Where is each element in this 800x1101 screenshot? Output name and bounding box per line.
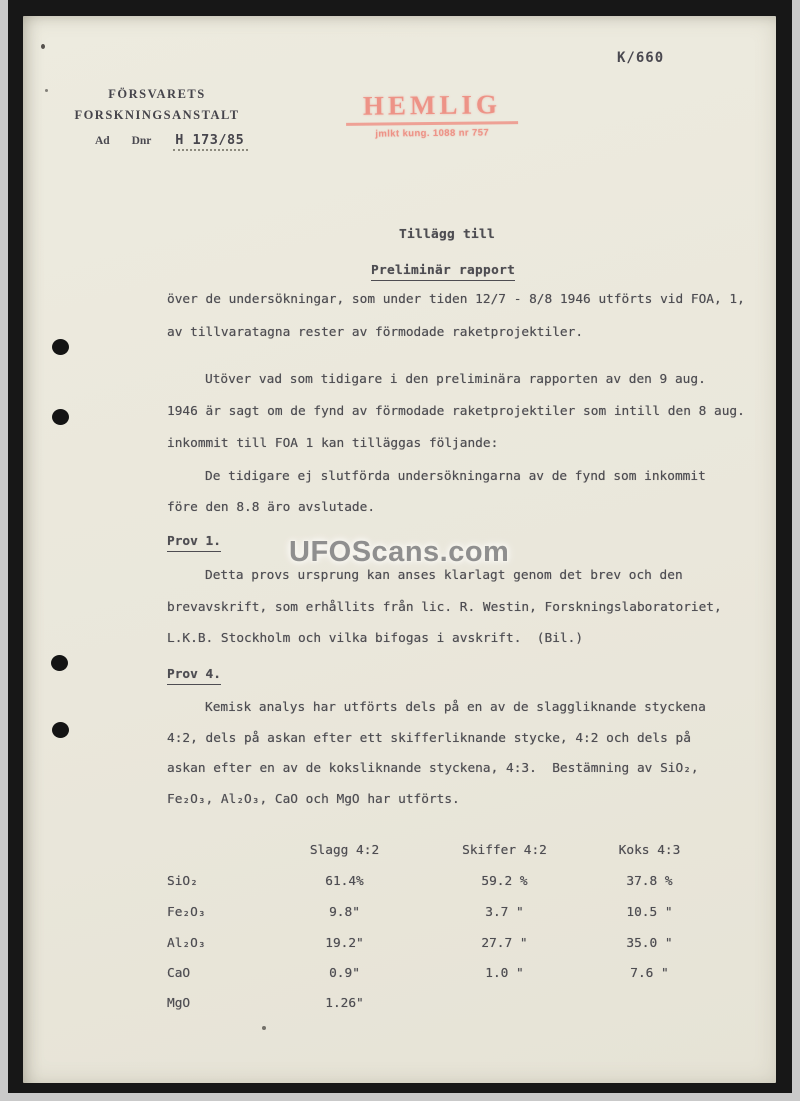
body-line: Fe₂O₃, Al₂O₃, CaO och MgO har utförts. (167, 792, 460, 807)
column-header: Skiffer 4:2 (442, 843, 567, 858)
scanned-document: K/660 FÖRSVARETS FORSKNINGSANSTALT Ad Dn… (0, 0, 800, 1101)
table-cell: 59.2 % (442, 874, 567, 889)
report-title: Preliminär rapport (371, 263, 515, 278)
body-line: inkommit till FOA 1 kan tilläggas följan… (167, 436, 498, 451)
column-header: Slagg 4:2 (282, 843, 407, 858)
body-line: brevavskrift, som erhållits från lic. R.… (167, 600, 722, 615)
table-cell: 7.6 " (587, 966, 712, 981)
letterhead: FÖRSVARETS FORSKNINGSANSTALT (66, 84, 248, 126)
body-line: 1946 är sagt om de fynd av förmodade rak… (167, 404, 745, 419)
reference-line: Ad Dnr H 173/85 (95, 132, 248, 148)
body-line: 4:2, dels på askan efter ett skifferlikn… (167, 731, 691, 746)
column-header: Koks 4:3 (587, 843, 712, 858)
table-cell: 61.4% (282, 874, 407, 889)
table-header-row: Slagg 4:2 Skiffer 4:2 Koks 4:3 (167, 843, 712, 858)
paper-speck (45, 89, 48, 92)
table-cell (442, 996, 567, 1011)
row-label: Fe₂O₃ (167, 905, 282, 920)
section-heading-text: Prov 1. (167, 534, 221, 552)
stamp-title: HEMLIG (346, 89, 518, 126)
body-line: Kemisk analys har utförts dels på en av … (167, 700, 706, 715)
table-corner-cell (167, 843, 282, 858)
letterhead-line-2: FORSKNINGSANSTALT (66, 105, 248, 126)
table-row: CaO 0.9" 1.0 " 7.6 " (167, 966, 712, 981)
table-cell: 3.7 " (442, 905, 567, 920)
table-row: Fe₂O₃ 9.8" 3.7 " 10.5 " (167, 905, 712, 920)
punch-hole (52, 409, 69, 425)
table-cell: 0.9" (282, 966, 407, 981)
row-label: CaO (167, 966, 282, 981)
document-code: K/660 (617, 50, 664, 66)
section-heading-prov-4: Prov 4. (167, 667, 221, 682)
row-label: SiO₂ (167, 874, 282, 889)
report-title-text: Preliminär rapport (371, 263, 515, 281)
table-cell: 10.5 " (587, 905, 712, 920)
table-cell: 1.0 " (442, 966, 567, 981)
table-cell: 9.8" (282, 905, 407, 920)
table-cell: 1.26" (282, 996, 407, 1011)
body-line: L.K.B. Stockholm och vilka bifogas i avs… (167, 631, 583, 646)
title-pre: Tillägg till (399, 227, 495, 242)
table-cell: 35.0 " (587, 936, 712, 951)
table-row: SiO₂ 61.4% 59.2 % 37.8 % (167, 874, 712, 889)
table-cell: 27.7 " (442, 936, 567, 951)
section-heading-prov-1: Prov 1. (167, 534, 221, 549)
watermark: UFOScans.com (289, 536, 509, 569)
table-row: Al₂O₃ 19.2" 27.7 " 35.0 " (167, 936, 712, 951)
body-line: av tillvaratagna rester av förmodade rak… (167, 325, 583, 340)
table-row: MgO 1.26" (167, 996, 712, 1011)
paper-speck (41, 44, 45, 49)
row-label: Al₂O₃ (167, 936, 282, 951)
table-cell: 19.2" (282, 936, 407, 951)
dnr-number: H 173/85 (173, 132, 248, 151)
dnr-label: Dnr (132, 135, 152, 147)
body-line: De tidigare ej slutförda undersökningarn… (167, 469, 706, 484)
body-line: Detta provs ursprung kan anses klarlagt … (167, 568, 683, 583)
punch-hole (52, 339, 69, 355)
punch-hole (52, 722, 69, 738)
body-line: Utöver vad som tidigare i den preliminär… (167, 372, 706, 387)
paper-speck (262, 1026, 266, 1030)
body-line: askan efter en av de koksliknande stycke… (167, 761, 699, 776)
table-cell: 37.8 % (587, 874, 712, 889)
table-cell (587, 996, 712, 1011)
ad-label: Ad (95, 135, 110, 147)
secrecy-stamp: HEMLIG jmlkt kung. 1088 nr 757 (346, 89, 519, 140)
punch-hole (51, 655, 68, 671)
row-label: MgO (167, 996, 282, 1011)
section-heading-text: Prov 4. (167, 667, 221, 685)
body-line: före den 8.8 äro avslutade. (167, 500, 375, 515)
stamp-subtitle: jmlkt kung. 1088 nr 757 (346, 127, 518, 140)
body-line: över de undersökningar, som under tiden … (167, 292, 745, 307)
letterhead-line-1: FÖRSVARETS (66, 84, 248, 105)
